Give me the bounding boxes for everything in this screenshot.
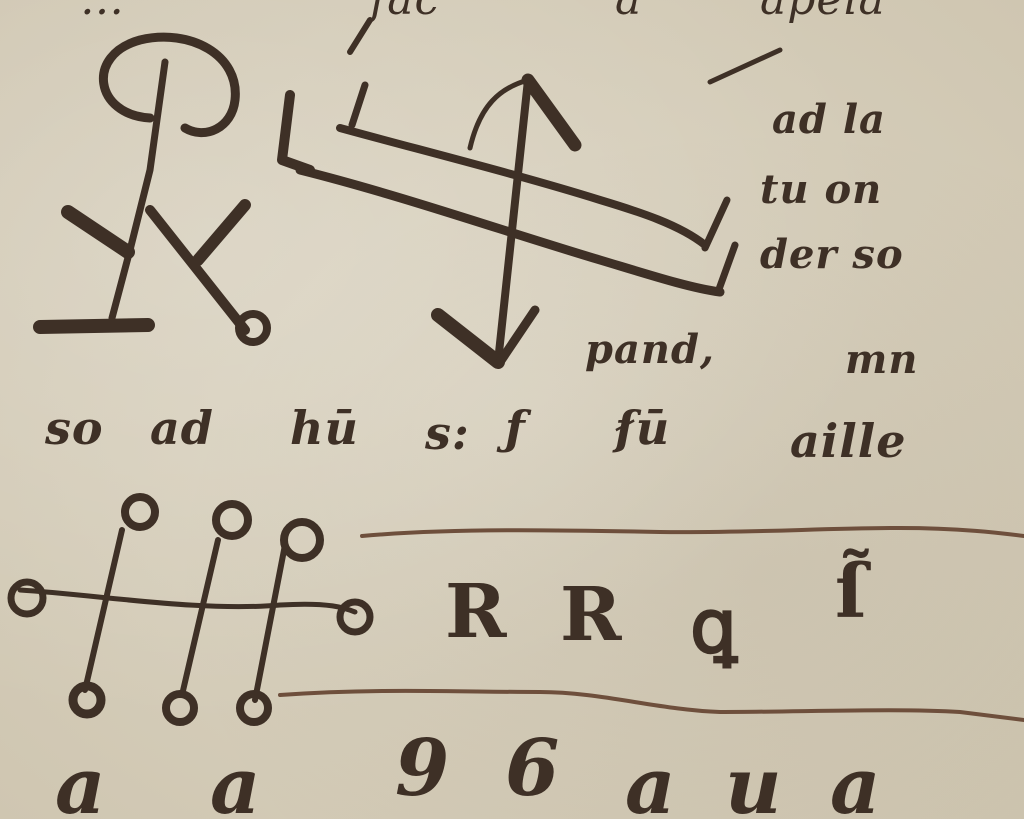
manuscript-page: … fac a apeia ad la tu on der so pand, m… xyxy=(0,0,1024,819)
triple-staff-sigil-icon xyxy=(11,497,370,722)
double-arrow-sigil-icon xyxy=(282,80,735,362)
middle-annotation-right: mn xyxy=(845,340,918,380)
middle-annotation-upper: pand, xyxy=(585,330,715,370)
glyph-r-2: R xyxy=(560,578,623,652)
circle-cross-sigil-icon xyxy=(40,37,267,342)
top-word-3: a xyxy=(615,0,642,22)
bottom-glyph-3: 9 xyxy=(395,730,450,808)
bottom-glyph-1: a xyxy=(55,748,107,819)
glyph-q-cross: ꝗ xyxy=(690,590,738,664)
right-column-line-3: der so xyxy=(760,235,904,275)
main-word-ad: ad xyxy=(150,405,214,451)
top-word-1: … xyxy=(80,0,125,22)
glyph-r-1: R xyxy=(445,575,508,649)
ruled-lines xyxy=(280,528,1024,720)
main-word-aille: aille xyxy=(790,418,907,464)
bottom-glyph-4: 6 xyxy=(505,730,560,808)
main-word-so: so xyxy=(45,405,104,451)
bottom-glyph-5: a xyxy=(625,748,677,819)
right-column-line-2: tu on xyxy=(760,170,882,210)
glyph-long-s: ſ̃ xyxy=(835,555,868,629)
top-word-4: apeia xyxy=(760,0,886,22)
main-word-f: ƒ xyxy=(505,405,526,451)
main-word-s: s: xyxy=(425,410,470,456)
bottom-glyph-6: u xyxy=(725,748,783,819)
main-word-hu: hū xyxy=(290,405,359,451)
main-word-su: ẜū xyxy=(615,405,670,451)
bottom-glyph-7: a xyxy=(830,748,882,819)
bottom-glyph-2: a xyxy=(210,748,262,819)
right-column-line-1: ad la xyxy=(772,100,886,140)
top-word-2: fac xyxy=(370,0,440,22)
